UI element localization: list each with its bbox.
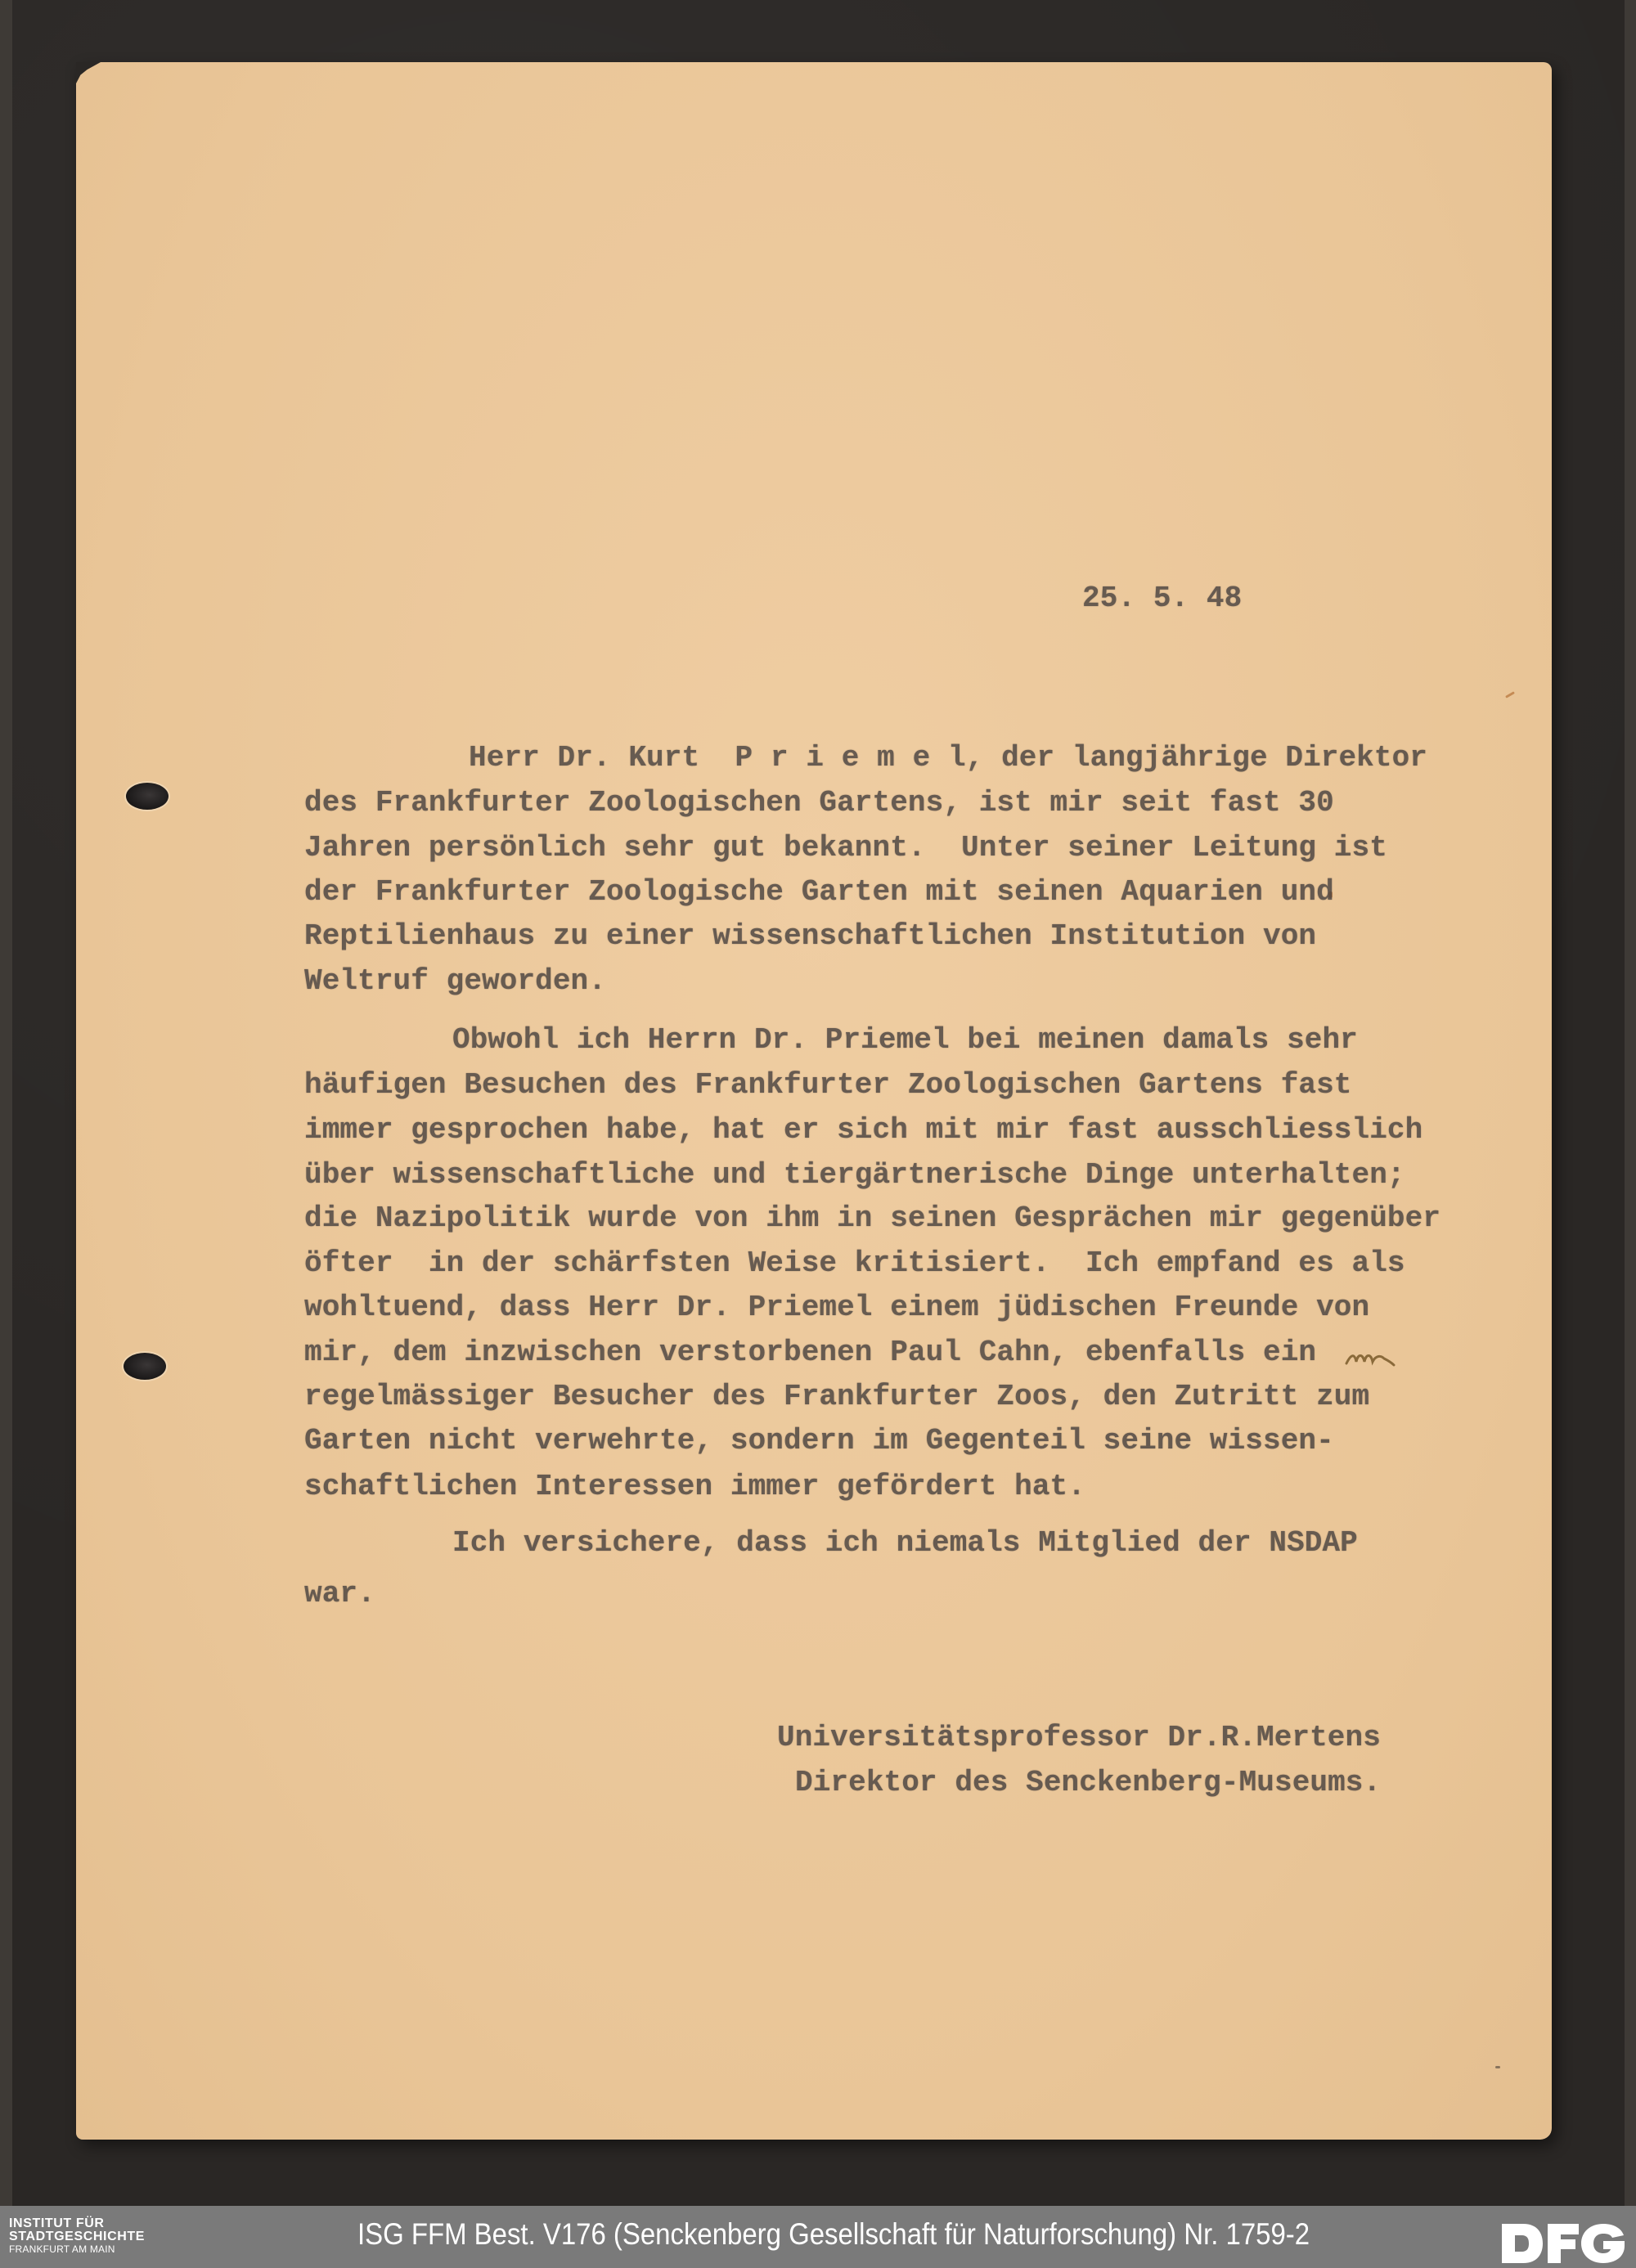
- paragraph-2-line: Garten nicht verwehrte, sondern im Gegen…: [304, 1425, 1334, 1457]
- paragraph-1-line: Weltruf geworden.: [304, 965, 606, 998]
- scan-border-right: [1625, 0, 1636, 2206]
- paragraph-2-line: Obwohl ich Herrn Dr. Priemel bei meinen …: [452, 1024, 1358, 1057]
- paragraph-3-line: war.: [304, 1578, 375, 1610]
- paragraph-2-line: wohltuend, dass Herr Dr. Priemel einem j…: [304, 1291, 1369, 1324]
- paragraph-2-line: regelmässiger Besucher des Frankfurter Z…: [304, 1381, 1369, 1413]
- letter-date: 25. 5. 48: [1082, 582, 1242, 615]
- paragraph-2-line: über wissenschaftliche und tiergärtneris…: [304, 1159, 1405, 1192]
- paragraph-3-line: Ich versichere, dass ich niemals Mitglie…: [452, 1527, 1358, 1560]
- paragraph-1-line: Jahren persönlich sehr gut bekannt. Unte…: [304, 832, 1387, 865]
- archive-footer: INSTITUT FÜR STADTGESCHICHTE FRANKFURT A…: [0, 2206, 1636, 2268]
- paragraph-2-line: öfter in der schärfsten Weise kritisiert…: [304, 1247, 1405, 1280]
- paragraph-2-line: mir, dem inzwischen verstorbenen Paul Ca…: [304, 1336, 1316, 1369]
- institution-city: FRANKFURT AM MAIN: [9, 2243, 145, 2255]
- paragraph-2-line: die Nazipolitik wurde von ihm in seinen …: [304, 1202, 1440, 1235]
- paragraph-1-line: des Frankfurter Zoologischen Gartens, is…: [304, 787, 1334, 820]
- paragraph-1-line: der Frankfurter Zoologische Garten mit s…: [304, 876, 1334, 909]
- handwritten-correction-mark: [1345, 1347, 1397, 1368]
- punch-hole-icon: [124, 1353, 166, 1380]
- dfg-logo-icon: [1502, 2224, 1625, 2263]
- paragraph-1-line: Herr Dr. Kurt P r i e m e l, der langjäh…: [469, 742, 1427, 775]
- paper-fleck: [1495, 2066, 1500, 2068]
- paragraph-2-line: häufigen Besuchen des Frankfurter Zoolog…: [304, 1069, 1352, 1102]
- paragraph-2-line: schaftlichen Interessen immer gefördert …: [304, 1471, 1085, 1503]
- signature-name: Universitätsprofessor Dr.R.Mertens: [777, 1722, 1381, 1754]
- punch-hole-icon: [126, 783, 169, 810]
- institution-name-line1: INSTITUT FÜR: [9, 2217, 145, 2230]
- paragraph-2-line: immer gesprochen habe, hat er sich mit m…: [304, 1114, 1423, 1147]
- archive-signature-reference: ISG FFM Best. V176 (Senckenberg Gesellsc…: [357, 2214, 1310, 2255]
- institution-name-line2: STADTGESCHICHTE: [9, 2230, 145, 2243]
- scan-border-left: [0, 0, 12, 2206]
- signature-title: Direktor des Senckenberg-Museums.: [795, 1767, 1381, 1799]
- paragraph-1-line: Reptilienhaus zu einer wissenschaftliche…: [304, 920, 1316, 953]
- institution-logo: INSTITUT FÜR STADTGESCHICHTE FRANKFURT A…: [9, 2217, 145, 2255]
